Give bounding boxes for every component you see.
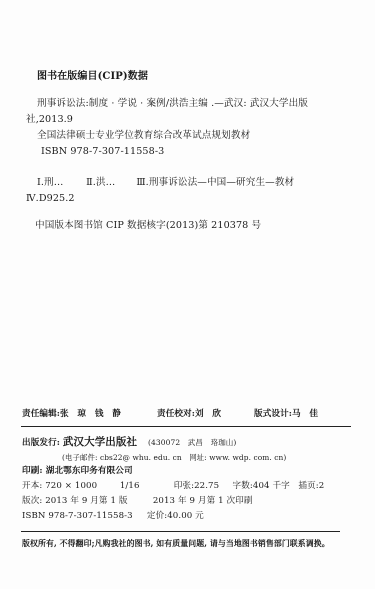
publisher-label: 出版发行: [22,438,60,448]
specs-line: 开本: 720 × 1000 1/16 印张:22.75 字数:404 千字 插… [22,481,324,492]
credit-proofreader: 责任校对:刘 欣 [157,409,221,420]
plates: 插页:2 [298,481,324,492]
printing: 2013 年 9 月第 1 次印刷 [153,496,253,507]
format: 开本: 720 × 1000 [22,481,117,492]
isbn-price-line: ISBN 978-7-307-11558-3 定价:40.00 元 [22,511,204,522]
word-count: 字数:404 千字 [233,481,296,492]
cip-series: 全国法律硕士专业学位教育综合改革试点规划教材 [37,130,250,142]
credit-editor: 责任编辑:张 琼 钱 静 [22,409,121,420]
divider-bottom [21,531,340,532]
cip-record-number: 中国版本图书馆 CIP 数据核字(2013)第 210378 号 [35,220,261,232]
edition-line: 版次: 2013 年 9 月第 1 版 2013 年 9 月第 1 次印刷 [22,496,253,507]
cip-entry-line2: 社,2013.9 [26,114,73,126]
divider-top [21,426,351,427]
copyright-notice: 版权所有, 不得翻印;凡购我社的图书, 如有质量问题, 请与当地图书销售部门联系… [22,538,330,549]
subject-3: Ⅲ.刑事诉讼法—中国—研究生—教材 [136,177,294,189]
subject-2: Ⅱ.洪… [86,177,133,189]
cip-classification: Ⅳ.D925.2 [26,193,75,205]
cip-isbn: ISBN 978-7-307-11558-3 [41,146,164,158]
publication-isbn: ISBN 978-7-307-11558-3 [22,511,144,522]
publisher-contact: (电子邮件: cbs22@ whu. edu. cn 网址: www. wdp.… [62,452,286,463]
cip-subjects: Ⅰ.刑… Ⅱ.洪… Ⅲ.刑事诉讼法—中国—研究生—教材 [37,177,294,189]
publisher-line: 出版发行: 武汉大学出版社 (430072 武昌 珞珈山) [22,437,236,449]
price: 定价:40.00 元 [147,511,204,522]
credit-designer: 版式设计:马 佳 [254,409,318,420]
printer: 印刷: 湖北鄂东印务有限公司 [22,466,133,477]
publisher-name: 武汉大学出版社 [63,436,137,448]
format-fraction: 1/16 [120,481,171,492]
subject-1: Ⅰ.刑… [37,177,83,189]
publisher-address: (430072 武昌 珞珈山) [148,438,236,447]
cip-entry-line1: 刑事诉讼法:制度 · 学说 · 案例/洪浩主编 .—武汉: 武汉大学出版 [37,98,308,110]
cip-heading: 图书在版编目(CIP)数据 [37,71,148,83]
edition: 版次: 2013 年 9 月第 1 版 [22,496,150,507]
sheets: 印张:22.75 [174,481,230,492]
